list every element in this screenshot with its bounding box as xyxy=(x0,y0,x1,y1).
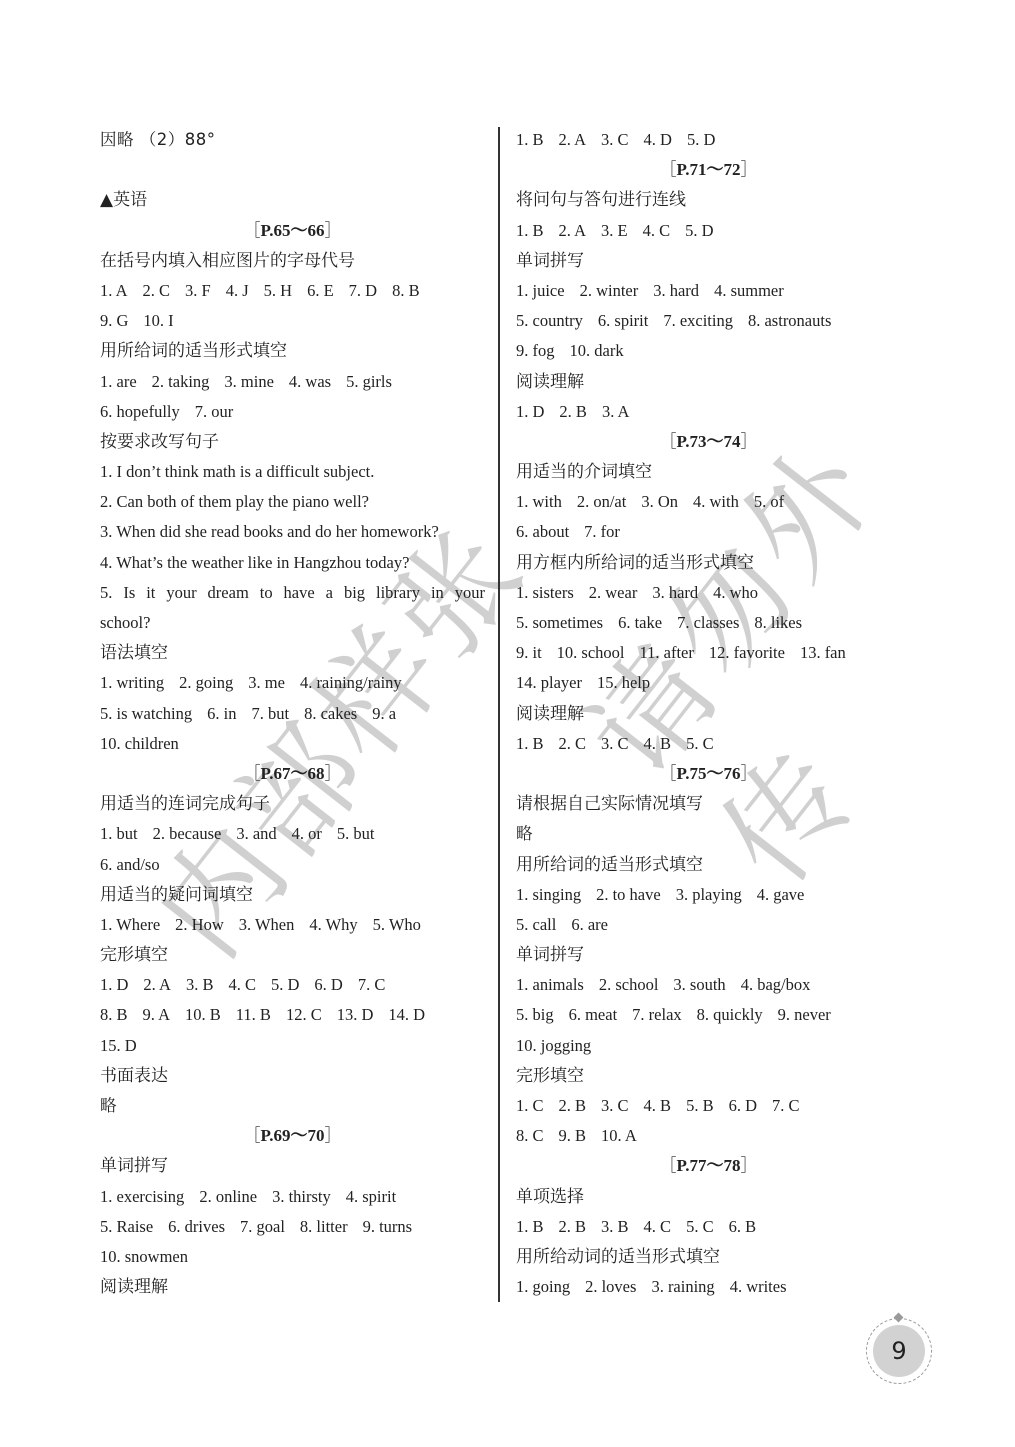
answer-item: 5. of xyxy=(754,487,784,517)
answer-item: 10. B xyxy=(185,1000,221,1030)
bracket-open: ［ xyxy=(243,221,260,240)
answer-item: 4. C xyxy=(644,1212,672,1242)
section-title: 单项选择 xyxy=(516,1182,901,1212)
answer-item: 5. girls xyxy=(346,367,392,397)
bracket-close: ］ xyxy=(741,764,758,783)
column-divider xyxy=(498,127,500,1302)
answer-row: 10. snowmen xyxy=(100,1242,485,1272)
right-column: 1. B2. A3. C4. D5. D ［P.71～72］ 将问句与答句进行连… xyxy=(516,125,901,1302)
answer-item: 7. goal xyxy=(240,1212,285,1242)
answer-item: 5. C xyxy=(686,729,714,759)
answer-item: 2. How xyxy=(175,910,224,940)
answer-item: 15. D xyxy=(100,1031,137,1061)
answer-item: 4. or xyxy=(292,819,322,849)
section-title: 阅读理解 xyxy=(516,367,901,397)
answer-item: 3. hard xyxy=(653,276,699,306)
answer-item: 5. call xyxy=(516,910,556,940)
answer-item: 3. C xyxy=(601,1091,629,1121)
answer-row: 6. and/so xyxy=(100,850,485,880)
answer-item: 5. Raise xyxy=(100,1212,153,1242)
answer-row: 1. animals2. school3. south4. bag/box xyxy=(516,970,901,1000)
answer-item: 3. me xyxy=(248,668,285,698)
answer-row: 1. A2. C3. F4. J5. H6. E7. D8. B xyxy=(100,276,485,306)
answer-item: 7. but xyxy=(251,699,289,729)
answer-item: 8. astronauts xyxy=(748,306,831,336)
answer-item: 5. country xyxy=(516,306,583,336)
answer-item: 3. playing xyxy=(676,880,742,910)
answer-section: 用适当的介词填空1. with2. on/at3. On4. with5. of… xyxy=(516,457,901,548)
answer-item: 4. who xyxy=(713,578,758,608)
section-title: 阅读理解 xyxy=(100,1272,485,1302)
answer-row: 6. about7. for xyxy=(516,517,901,547)
answer-section: 用方框内所给词的适当形式填空1. sisters2. wear3. hard4.… xyxy=(516,548,901,699)
answer-row: 8. B9. A10. B11. B12. C13. D14. D xyxy=(100,1000,485,1030)
answer-row: 1. exercising2. online3. thirsty4. spiri… xyxy=(100,1182,485,1212)
answer-item: 5. Who xyxy=(373,910,421,940)
answer-item: 10. school xyxy=(557,638,625,668)
section-title: 单词拼写 xyxy=(516,246,901,276)
section-title: 将问句与答句进行连线 xyxy=(516,185,901,215)
bracket-close: ］ xyxy=(325,221,342,240)
section-title: 书面表达 xyxy=(100,1061,485,1091)
answer-row: 5. big6. meat7. relax8. quickly9. never xyxy=(516,1000,901,1030)
answer-item: 4. writes xyxy=(730,1272,787,1302)
answer-item: 2. A xyxy=(559,216,587,246)
answer-item: 5. C xyxy=(686,1212,714,1242)
answer-item: 9. A xyxy=(143,1000,171,1030)
answer-item: 4. raining/rainy xyxy=(300,668,402,698)
answer-item: 2. on/at xyxy=(577,487,627,517)
answer-item: 7. our xyxy=(195,397,234,427)
answer-item: 8. quickly xyxy=(697,1000,763,1030)
answer-item: 2. taking xyxy=(152,367,210,397)
answer-row: 1. Where2. How3. When4. Why5. Who xyxy=(100,910,485,940)
answer-item: 1. C xyxy=(516,1091,544,1121)
intro-line: 因略 （2）88° xyxy=(100,125,485,155)
section-title: 用适当的连词完成句子 xyxy=(100,789,485,819)
answer-item: 6. are xyxy=(571,910,608,940)
answer-item: 2. B xyxy=(559,397,587,427)
answer-row: 1. with2. on/at3. On4. with5. of xyxy=(516,487,901,517)
answer-section: 单词拼写1. exercising2. online3. thirsty4. s… xyxy=(100,1151,485,1272)
answer-row: 5. call6. are xyxy=(516,910,901,940)
section-title: 用所给词的适当形式填空 xyxy=(100,336,485,366)
answer-row: 5. Raise6. drives7. goal8. litter9. turn… xyxy=(100,1212,485,1242)
bracket-close: ］ xyxy=(325,1126,342,1145)
answer-section: 用适当的疑问词填空1. Where2. How3. When4. Why5. W… xyxy=(100,880,485,940)
answer-sentence: 1. I don’t think math is a difficult sub… xyxy=(100,457,485,487)
section-title: 按要求改写句子 xyxy=(100,427,485,457)
answer-sentence: 5. Is it your dream to have a big librar… xyxy=(100,578,485,608)
answer-item: 3. south xyxy=(673,970,725,1000)
section-title: 单词拼写 xyxy=(100,1151,485,1181)
answer-row: 10. children xyxy=(100,729,485,759)
answer-item: 15. help xyxy=(597,668,650,698)
section-title: 用方框内所给词的适当形式填空 xyxy=(516,548,901,578)
answer-item: 2. wear xyxy=(589,578,638,608)
answer-item: 6. spirit xyxy=(598,306,648,336)
answer-item: 3. and xyxy=(236,819,276,849)
answer-section: 将问句与答句进行连线1. B2. A3. E4. C5. D xyxy=(516,185,901,245)
left-column: 因略 （2）88° ▲英语 ［P.65～66］ 在括号内填入相应图片的字母代号1… xyxy=(100,125,485,1302)
answer-item: 1. D xyxy=(516,397,544,427)
answer-section: 用所给词的适当形式填空1. singing2. to have3. playin… xyxy=(516,850,901,941)
answer-sentence: 4. What’s the weather like in Hangzhou t… xyxy=(100,548,485,578)
answer-item: 9. G xyxy=(100,306,128,336)
answer-row: 5. country6. spirit7. exciting8. astrona… xyxy=(516,306,901,336)
answer-item: 8. C xyxy=(516,1121,544,1151)
answer-sentence: 2. Can both of them play the piano well? xyxy=(100,487,485,517)
bracket-close: ］ xyxy=(741,432,758,451)
answer-item: 5. H xyxy=(264,276,292,306)
answer-item: 1. with xyxy=(516,487,562,517)
answer-item: 2. loves xyxy=(585,1272,636,1302)
answer-section: 用所给词的适当形式填空1. are2. taking3. mine4. was5… xyxy=(100,336,485,427)
answer-item: 5. D xyxy=(687,125,715,155)
answer-item: 2. online xyxy=(199,1182,257,1212)
section-title: 用所给动词的适当形式填空 xyxy=(516,1242,901,1272)
answer-item: 1. sisters xyxy=(516,578,574,608)
answer-section: 阅读理解 xyxy=(100,1272,485,1302)
answer-row: 10. jogging xyxy=(516,1031,901,1061)
answer-item: 6. hopefully xyxy=(100,397,180,427)
answer-item: 4. C xyxy=(643,216,671,246)
answer-item: 8. litter xyxy=(300,1212,348,1242)
answer-item: 3. A xyxy=(602,397,630,427)
answer-item: 2. B xyxy=(559,1091,587,1121)
page-range-heading: ［P.75～76］ xyxy=(516,759,901,789)
answer-item: 10. jogging xyxy=(516,1031,591,1061)
answer-item: 7. C xyxy=(772,1091,800,1121)
section-title: 完形填空 xyxy=(516,1061,901,1091)
answer-item: 6. E xyxy=(307,276,334,306)
answer-item: 1. writing xyxy=(100,668,164,698)
answer-item: 9. turns xyxy=(363,1212,413,1242)
answer-item: 10. snowmen xyxy=(100,1242,188,1272)
answer-item: 2. B xyxy=(559,1212,587,1242)
answer-item: 4. B xyxy=(644,729,672,759)
answer-item: 4. B xyxy=(644,1091,672,1121)
answer-row: 1. juice2. winter3. hard4. summer xyxy=(516,276,901,306)
answer-row: 5. sometimes6. take7. classes8. likes xyxy=(516,608,901,638)
bracket-close: ］ xyxy=(741,1156,758,1175)
answer-item: 3. hard xyxy=(652,578,698,608)
answer-row: 1. are2. taking3. mine4. was5. girls xyxy=(100,367,485,397)
answer-row: 1. sisters2. wear3. hard4. who xyxy=(516,578,901,608)
answer-section: 按要求改写句子1. I don’t think math is a diffic… xyxy=(100,427,485,638)
answer-section: 语法填空1. writing2. going3. me4. raining/ra… xyxy=(100,638,485,759)
page-range-label: P.75～76 xyxy=(676,764,740,783)
answer-section: 1. B2. A3. C4. D5. D xyxy=(516,125,901,155)
page-range-label: P.71～72 xyxy=(676,160,740,179)
answer-row: 8. C9. B10. A xyxy=(516,1121,901,1151)
answer-item: 8. likes xyxy=(754,608,802,638)
answer-item: 13. fan xyxy=(800,638,846,668)
answer-item: 2. because xyxy=(153,819,222,849)
answer-row: 15. D xyxy=(100,1031,485,1061)
answer-item: 6. B xyxy=(729,1212,757,1242)
answer-item: 1. B xyxy=(516,216,544,246)
section-title: 阅读理解 xyxy=(516,699,901,729)
answer-item: 3. When xyxy=(239,910,295,940)
answer-row: 1. B2. A3. E4. C5. D xyxy=(516,216,901,246)
answer-text: 略 xyxy=(516,819,901,849)
bracket-open: ［ xyxy=(243,1126,260,1145)
answer-item: 3. C xyxy=(601,729,629,759)
answer-row: 1. writing2. going3. me4. raining/rainy xyxy=(100,668,485,698)
section-title: 单词拼写 xyxy=(516,940,901,970)
answer-item: 3. C xyxy=(601,125,629,155)
bracket-open: ［ xyxy=(659,432,676,451)
bracket-open: ［ xyxy=(243,764,260,783)
page-range-heading: ［P.65～66］ xyxy=(100,216,485,246)
answer-item: 1. D xyxy=(100,970,128,1000)
answer-item: 7. classes xyxy=(677,608,739,638)
answer-row: 1. D2. B3. A xyxy=(516,397,901,427)
answer-item: 5. B xyxy=(686,1091,714,1121)
spacer xyxy=(100,155,485,185)
answer-item: 1. but xyxy=(100,819,138,849)
answer-item: 14. player xyxy=(516,668,582,698)
page-range-heading: ［P.73～74］ xyxy=(516,427,901,457)
section-title: 完形填空 xyxy=(100,940,485,970)
answer-item: 7. exciting xyxy=(663,306,733,336)
answer-item: 1. going xyxy=(516,1272,570,1302)
answer-item: 12. C xyxy=(286,1000,322,1030)
page-range-heading: ［P.77～78］ xyxy=(516,1151,901,1181)
page-number-badge: 9 xyxy=(866,1318,932,1384)
answer-item: 14. D xyxy=(388,1000,425,1030)
diamond-ornament-icon xyxy=(894,1313,904,1323)
answer-row: 1. B2. A3. C4. D5. D xyxy=(516,125,901,155)
answer-item: 6. D xyxy=(729,1091,757,1121)
answer-item: 9. a xyxy=(372,699,396,729)
answer-item: 3. thirsty xyxy=(272,1182,331,1212)
page-range-heading: ［P.71～72］ xyxy=(516,155,901,185)
section-title: 用适当的疑问词填空 xyxy=(100,880,485,910)
answer-item: 2. to have xyxy=(596,880,661,910)
answer-item: 8. cakes xyxy=(304,699,357,729)
answer-item: 5. is watching xyxy=(100,699,192,729)
answer-item: 5. sometimes xyxy=(516,608,603,638)
answer-item: 1. juice xyxy=(516,276,565,306)
answer-item: 2. C xyxy=(559,729,587,759)
section-title: 用适当的介词填空 xyxy=(516,457,901,487)
answer-item: 3. raining xyxy=(651,1272,714,1302)
bracket-open: ［ xyxy=(659,1156,676,1175)
answer-item: 1. B xyxy=(516,125,544,155)
answer-row: 1. B2. C3. C4. B5. C xyxy=(516,729,901,759)
bracket-open: ［ xyxy=(659,764,676,783)
answer-row: 9. G10. I xyxy=(100,306,485,336)
page-range-label: P.73～74 xyxy=(676,432,740,451)
answer-row: 9. fog10. dark xyxy=(516,336,901,366)
answer-item: 1. exercising xyxy=(100,1182,184,1212)
answer-item: 1. B xyxy=(516,729,544,759)
page-range-label: P.69～70 xyxy=(260,1126,324,1145)
answer-item: 7. D xyxy=(349,276,377,306)
answer-item: 4. Why xyxy=(309,910,357,940)
bracket-open: ［ xyxy=(659,160,676,179)
page-range-label: P.77～78 xyxy=(676,1156,740,1175)
answer-item: 2. A xyxy=(559,125,587,155)
answer-item: 5. big xyxy=(516,1000,554,1030)
answer-item: 13. D xyxy=(337,1000,374,1030)
answer-item: 4. J xyxy=(226,276,249,306)
answer-item: 2. winter xyxy=(580,276,639,306)
bracket-close: ］ xyxy=(325,764,342,783)
answer-item: 3. B xyxy=(601,1212,629,1242)
answer-item: 7. relax xyxy=(632,1000,681,1030)
answer-item: 5. D xyxy=(271,970,299,1000)
answer-item: 10. A xyxy=(601,1121,637,1151)
section-title: 请根据自己实际情况填写 xyxy=(516,789,901,819)
answer-item: 3. On xyxy=(641,487,678,517)
answer-item: 7. C xyxy=(358,970,386,1000)
page-range-heading: ［P.69～70］ xyxy=(100,1121,485,1151)
answer-item: 6. in xyxy=(207,699,236,729)
answer-item: 8. B xyxy=(100,1000,128,1030)
answer-sentence: 3. When did she read books and do her ho… xyxy=(100,517,485,547)
answer-item: 1. are xyxy=(100,367,137,397)
answer-item: 12. favorite xyxy=(709,638,785,668)
answer-section: 请根据自己实际情况填写略 xyxy=(516,789,901,849)
subject-heading-english: ▲英语 xyxy=(100,185,485,215)
answer-item: 2. C xyxy=(143,276,171,306)
answer-item: 1. animals xyxy=(516,970,584,1000)
answer-item: 7. for xyxy=(584,517,620,547)
answer-item: 4. with xyxy=(693,487,739,517)
answer-text: 略 xyxy=(100,1091,485,1121)
answer-item: 5. but xyxy=(337,819,375,849)
answer-item: 4. summer xyxy=(714,276,784,306)
answer-item: 1. Where xyxy=(100,910,160,940)
page-number: 9 xyxy=(873,1325,925,1377)
answer-item: 4. D xyxy=(644,125,672,155)
answer-item: 9. fog xyxy=(516,336,555,366)
answer-section: 在括号内填入相应图片的字母代号1. A2. C3. F4. J5. H6. E7… xyxy=(100,246,485,337)
answer-item: 1. B xyxy=(516,1212,544,1242)
answer-item: 2. A xyxy=(143,970,171,1000)
answer-item: 4. gave xyxy=(757,880,805,910)
answer-item: 8. B xyxy=(392,276,420,306)
answer-row: 5. is watching6. in7. but8. cakes9. a xyxy=(100,699,485,729)
answer-item: 10. dark xyxy=(570,336,624,366)
section-title: 语法填空 xyxy=(100,638,485,668)
answer-section: 完形填空1. D2. A3. B4. C5. D6. D7. C8. B9. A… xyxy=(100,940,485,1061)
answer-row: 1. C2. B3. C4. B5. B6. D7. C xyxy=(516,1091,901,1121)
answer-section: 单词拼写1. juice2. winter3. hard4. summer5. … xyxy=(516,246,901,367)
answer-row: 1. B2. B3. B4. C5. C6. B xyxy=(516,1212,901,1242)
answer-section: 阅读理解1. D2. B3. A xyxy=(516,367,901,427)
answer-item: 5. D xyxy=(685,216,713,246)
answer-row: 1. singing2. to have3. playing4. gave xyxy=(516,880,901,910)
page-range-label: P.67～68 xyxy=(260,764,324,783)
answer-item: 1. A xyxy=(100,276,128,306)
answer-item: 11. after xyxy=(640,638,694,668)
answer-section: 用适当的连词完成句子1. but2. because3. and4. or5. … xyxy=(100,789,485,880)
answer-row: 6. hopefully7. our xyxy=(100,397,485,427)
answer-sentence: school? xyxy=(100,608,485,638)
answer-section: 单项选择1. B2. B3. B4. C5. C6. B xyxy=(516,1182,901,1242)
answer-item: 3. F xyxy=(185,276,211,306)
answer-item: 1. singing xyxy=(516,880,581,910)
answer-item: 9. it xyxy=(516,638,542,668)
answer-item: 6. drives xyxy=(168,1212,225,1242)
answer-item: 11. B xyxy=(236,1000,271,1030)
answer-item: 3. E xyxy=(601,216,628,246)
answer-row: 1. D2. A3. B4. C5. D6. D7. C xyxy=(100,970,485,1000)
answer-item: 2. school xyxy=(599,970,659,1000)
answer-item: 6. and/so xyxy=(100,850,160,880)
answer-item: 4. was xyxy=(289,367,331,397)
section-title: 用所给词的适当形式填空 xyxy=(516,850,901,880)
answer-row: 1. but2. because3. and4. or5. but xyxy=(100,819,485,849)
answer-item: 4. spirit xyxy=(346,1182,396,1212)
bracket-close: ］ xyxy=(741,160,758,179)
answer-item: 3. mine xyxy=(224,367,274,397)
answer-item: 10. I xyxy=(143,306,173,336)
page-range-label: P.65～66 xyxy=(260,221,324,240)
answer-item: 6. meat xyxy=(569,1000,618,1030)
answer-item: 3. B xyxy=(186,970,214,1000)
answer-section: 用所给动词的适当形式填空1. going2. loves3. raining4.… xyxy=(516,1242,901,1302)
answer-row: 9. it10. school11. after12. favorite13. … xyxy=(516,638,901,668)
page-range-heading: ［P.67～68］ xyxy=(100,759,485,789)
section-title: 在括号内填入相应图片的字母代号 xyxy=(100,246,485,276)
answer-item: 6. D xyxy=(314,970,342,1000)
answer-section: 书面表达略 xyxy=(100,1061,485,1121)
answer-item: 4. bag/box xyxy=(741,970,811,1000)
answer-section: 阅读理解1. B2. C3. C4. B5. C xyxy=(516,699,901,759)
answer-section: 完形填空1. C2. B3. C4. B5. B6. D7. C8. C9. B… xyxy=(516,1061,901,1152)
answer-row: 1. going2. loves3. raining4. writes xyxy=(516,1272,901,1302)
answer-item: 6. about xyxy=(516,517,569,547)
answer-section: 单词拼写1. animals2. school3. south4. bag/bo… xyxy=(516,940,901,1061)
answer-item: 9. B xyxy=(559,1121,587,1151)
answer-item: 10. children xyxy=(100,729,179,759)
answer-item: 9. never xyxy=(778,1000,831,1030)
answer-row: 14. player15. help xyxy=(516,668,901,698)
answer-item: 6. take xyxy=(618,608,662,638)
answer-item: 4. C xyxy=(228,970,256,1000)
answer-item: 2. going xyxy=(179,668,233,698)
